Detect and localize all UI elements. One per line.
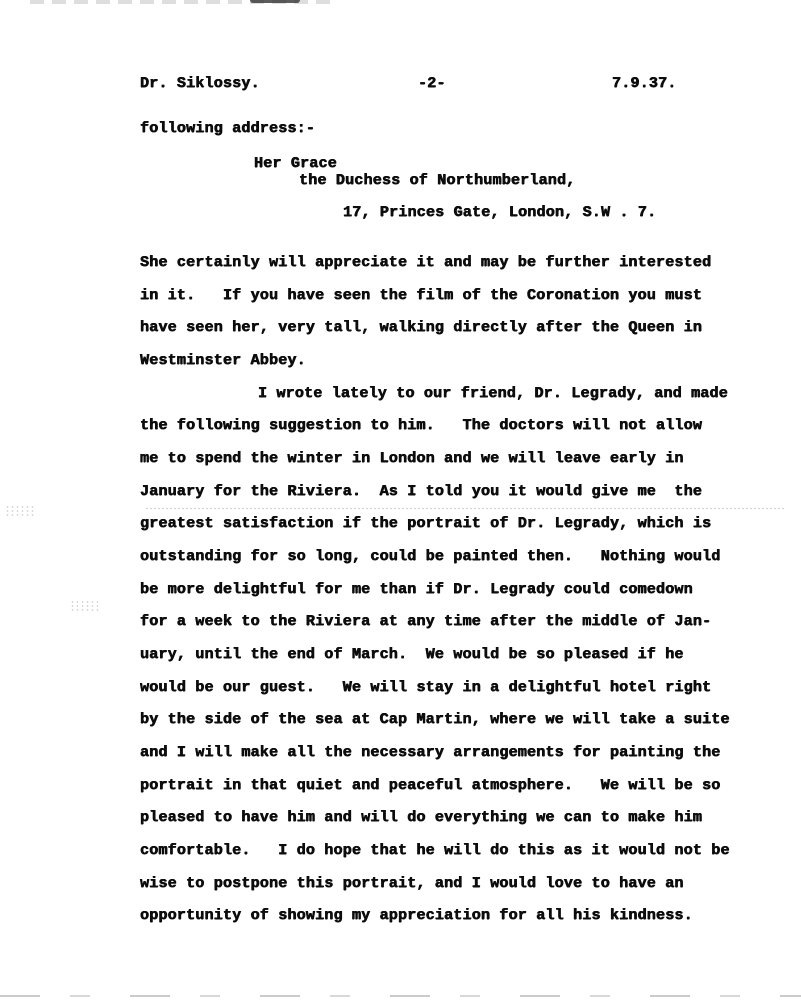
body-line: pleased to have him and will do everythi…	[140, 808, 702, 826]
scan-edge-mark	[250, 0, 300, 3]
body-line: Westminster Abbey.	[140, 351, 306, 369]
address-line-1: Her Grace	[254, 154, 337, 172]
body-line: comfortable. I do hope that he will do t…	[140, 841, 730, 859]
body-line: by the side of the sea at Cap Martin, wh…	[140, 710, 730, 728]
body-line: in it. If you have seen the film of the …	[140, 286, 702, 304]
body-line: be more delightful for me than if Dr. Le…	[140, 580, 693, 598]
body-line: and I will make all the necessary arrang…	[140, 743, 720, 761]
body-line: wise to postpone this portrait, and I wo…	[140, 874, 684, 892]
body-line: greatest satisfaction if the portrait of…	[140, 514, 711, 532]
address-line-3: 17, Princes Gate, London, S.W . 7.	[343, 203, 656, 221]
header-recipient: Dr. Siklossy.	[140, 74, 260, 92]
scan-streak	[145, 507, 785, 510]
body-line: opportunity of showing my appreciation f…	[140, 906, 693, 924]
body-line: portrait in that quiet and peaceful atmo…	[140, 776, 720, 794]
body-line: the following suggestion to him. The doc…	[140, 416, 702, 434]
scan-edge-bottom	[0, 995, 801, 997]
body-line: She certainly will appreciate it and may…	[140, 253, 711, 271]
header-date: 7.9.37.	[612, 74, 677, 92]
body-line: outstanding for so long, could be painte…	[140, 547, 720, 565]
letter-page: Dr. Siklossy. -2- 7.9.37. following addr…	[0, 0, 801, 1000]
body-line: would be our guest. We will stay in a de…	[140, 678, 711, 696]
body-line: uary, until the end of March. We would b…	[140, 645, 684, 663]
body-line: January for the Riviera. As I told you i…	[140, 482, 702, 500]
address-intro: following address:-	[140, 119, 315, 137]
body-line: me to spend the winter in London and we …	[140, 449, 684, 467]
body-line: for a week to the Riviera at any time af…	[140, 612, 711, 630]
scan-speckle	[70, 600, 100, 612]
header-page-number: -2-	[418, 74, 446, 92]
body-line: I wrote lately to our friend, Dr. Legrad…	[140, 384, 728, 402]
scan-speckle	[5, 505, 35, 517]
address-line-2: the Duchess of Northumberland,	[299, 171, 575, 189]
body-line: have seen her, very tall, walking direct…	[140, 318, 702, 336]
